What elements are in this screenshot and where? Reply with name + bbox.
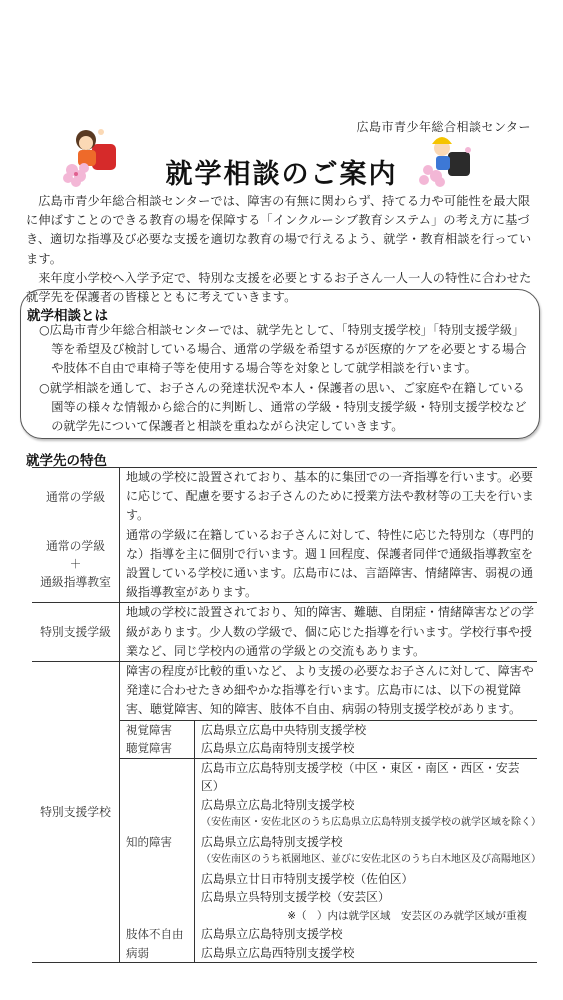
- school-name: 広島県立呉特別支援学校（安芸区）: [201, 888, 537, 907]
- about-item: ○就学相談を通して、お子さんの発達状況や本人・保護者の思い、ご家庭や在籍している…: [39, 379, 535, 437]
- school-row: 肢体不自由 病弱 広島県立広島特別支援学校 広島県立広島西特別支援学校: [120, 925, 537, 962]
- school-district-note: （安佐南区のうち祇園地区、並びに安佐北区のうち白木地区及び高陽地区）: [201, 851, 537, 870]
- row-description: 通常の学級に在籍しているお子さんに対して、特性に応じた特別な（専門的な）指導を主…: [120, 526, 537, 603]
- label-line: ＋: [70, 555, 82, 573]
- school-names: 広島県立広島中央特別支援学校 広島県立広島南特別支援学校: [195, 721, 537, 758]
- features-title: 就学先の特色: [26, 449, 107, 469]
- row-label: 通常の学級 ＋ 通級指導教室: [32, 526, 120, 603]
- row-label: 通常の学級: [32, 468, 120, 526]
- table-row: 通常の学級 地域の学校に設置されており、基本的に集団での一斉指導を行います。必要…: [32, 468, 537, 526]
- disability-type: 肢体不自由 病弱: [120, 925, 195, 962]
- about-item: ○広島市青少年総合相談センターでは、就学先として、「特別支援学校」「特別支援学級…: [39, 321, 535, 379]
- district-footnote: ※（ ）内は就学区域 安芸区のみ就学区域が重複: [201, 907, 537, 926]
- row-label: 特別支援学校: [32, 662, 120, 962]
- school-name: 広島県立広島西特別支援学校: [201, 944, 537, 963]
- row-description: 地域の学校に設置されており、基本的に集団での一斉指導を行います。必要に応じて、配…: [120, 468, 537, 526]
- school-row: 知的障害 広島市立広島特別支援学校（中区・東区・南区・西区・安芸区） 広島県立広…: [120, 759, 537, 926]
- table-row: 特別支援学級 地域の学校に設置されており、知的障害、難聴、自閉症・情緒障害などの…: [32, 602, 537, 661]
- label-line: 通常の学級: [46, 537, 105, 555]
- disability-type-label: 肢体不自由: [126, 925, 194, 944]
- disability-type-label: 視覚障害: [126, 721, 194, 740]
- school-row: 視覚障害 聴覚障害 広島県立広島中央特別支援学校 広島県立広島南特別支援学校: [120, 721, 537, 759]
- table-row: 特別支援学校 障害の程度が比較的重いなど、より支援の必要なお子さんに対して、障害…: [32, 661, 537, 962]
- school-name: 広島県立広島特別支援学校: [201, 925, 537, 944]
- school-name: 広島県立広島特別支援学校: [201, 833, 537, 852]
- table-row: 通常の学級 ＋ 通級指導教室 通常の学級に在籍しているお子さんに対して、特性に応…: [32, 526, 537, 603]
- school-name: 広島市立広島特別支援学校（中区・東区・南区・西区・安芸区）: [201, 759, 537, 796]
- features-table: 通常の学級 地域の学校に設置されており、基本的に集団での一斉指導を行います。必要…: [32, 467, 537, 963]
- school-names: 広島県立広島特別支援学校 広島県立広島西特別支援学校: [195, 925, 537, 962]
- label-line: 通級指導教室: [40, 573, 111, 591]
- row-description: 地域の学校に設置されており、知的障害、難聴、自閉症・情緒障害などの学級があります…: [120, 603, 537, 661]
- page-title: 就学相談のご案内: [0, 152, 563, 191]
- school-names: 広島市立広島特別支援学校（中区・東区・南区・西区・安芸区） 広島県立広島北特別支…: [195, 759, 537, 926]
- school-name: 広島県立広島北特別支援学校: [201, 796, 537, 815]
- school-name: 広島県立廿日市特別支援学校（佐伯区）: [201, 870, 537, 889]
- row-description: 障害の程度が比較的重いなど、より支援の必要なお子さんに対して、障害や発達に合わせ…: [120, 662, 537, 720]
- school-name: 広島県立広島中央特別支援学校: [201, 721, 537, 740]
- intro-paragraph: 広島市青少年総合相談センターでは、障害の有無に関わらず、持てる力や可能性を最大限…: [26, 192, 536, 269]
- disability-type-label: 聴覚障害: [126, 739, 194, 758]
- school-list-table: 視覚障害 聴覚障害 広島県立広島中央特別支援学校 広島県立広島南特別支援学校 知…: [120, 720, 537, 963]
- disability-type: 知的障害: [120, 759, 195, 926]
- school-name: 広島県立広島南特別支援学校: [201, 739, 537, 758]
- disability-type: 視覚障害 聴覚障害: [120, 721, 195, 758]
- disability-type-label: 知的障害: [126, 833, 194, 852]
- row-label: 特別支援学級: [32, 603, 120, 661]
- school-district-note: （安佐南区・安佐北区のうち広島県立広島特別支援学校の就学区域を除く）: [201, 814, 537, 833]
- about-consultation-box: 就学相談とは ○広島市青少年総合相談センターでは、就学先として、「特別支援学校」…: [20, 289, 540, 439]
- disability-type-label: 病弱: [126, 944, 194, 963]
